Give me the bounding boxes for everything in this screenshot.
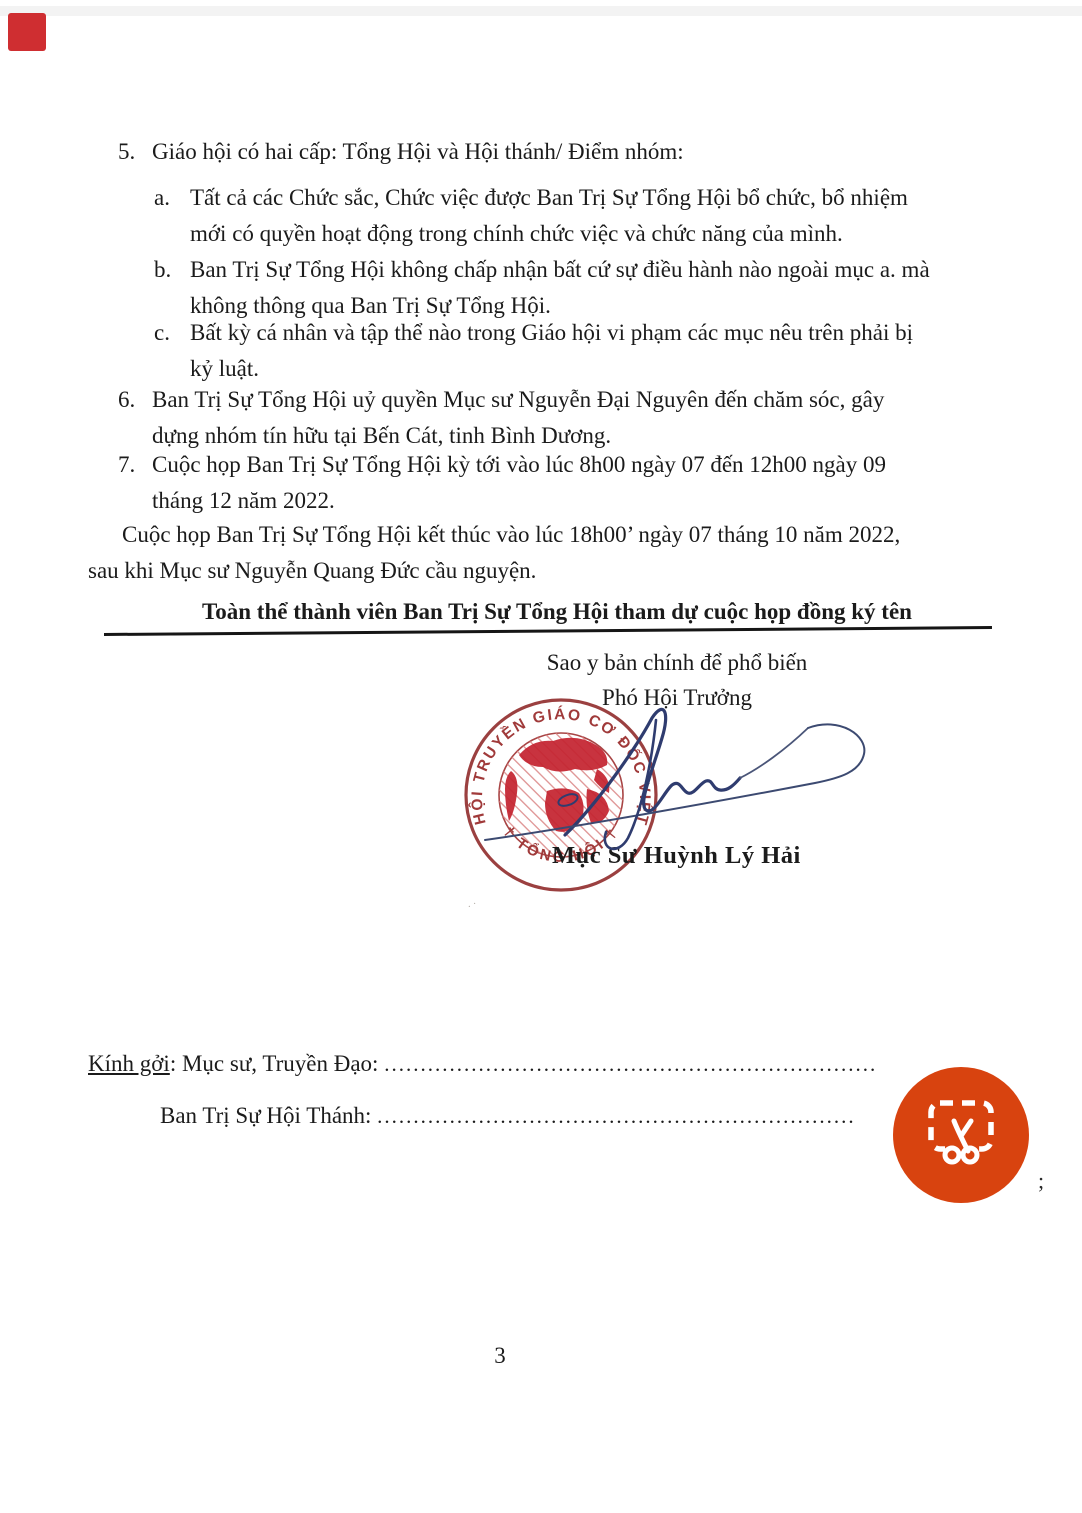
document-page: 5. Giáo hội có hai cấp: Tổng Hội và Hội … bbox=[0, 0, 1082, 1513]
list-number: 7. bbox=[118, 447, 152, 519]
closing-paragraph: Cuộc họp Ban Trị Sự Tổng Hội kết thúc và… bbox=[88, 517, 1003, 589]
list-number: 6. bbox=[118, 382, 152, 454]
list-subitem-a: a. Tất cả các Chức sắc, Chức việc được B… bbox=[154, 180, 1014, 252]
text-line: Ban Trị Sự Tổng Hội không chấp nhận bất … bbox=[190, 252, 930, 288]
list-letter: a. bbox=[154, 180, 190, 252]
signature-flourish bbox=[565, 709, 740, 835]
text-line: Cuộc họp Ban Trị Sự Tổng Hội kết thúc và… bbox=[88, 517, 1003, 553]
salutation: Kính gởi bbox=[88, 1051, 170, 1076]
list-item-7: 7. Cuộc họp Ban Trị Sự Tổng Hội kỳ tới v… bbox=[118, 447, 1018, 519]
text-line: mới có quyền hoạt động trong chính chức … bbox=[190, 216, 908, 252]
text-line: sau khi Mục sư Nguyễn Quang Đức cầu nguy… bbox=[88, 553, 1003, 589]
signature-loop bbox=[557, 792, 579, 808]
list-letter: c. bbox=[154, 315, 190, 387]
signature-ink bbox=[440, 688, 900, 888]
recipient-line-1: Kính gởi: Mục sư, Truyền Đạo: ..........… bbox=[88, 1046, 1018, 1082]
list-text: Cuộc họp Ban Trị Sự Tổng Hội kỳ tới vào … bbox=[152, 447, 886, 519]
scan-smudge: .· bbox=[468, 898, 478, 910]
list-number: 5. bbox=[118, 134, 152, 170]
copy-note: Sao y bản chính để phổ biến bbox=[437, 645, 917, 680]
signature-upstroke bbox=[740, 728, 808, 778]
recipient-label-1: : Mục sư, Truyền Đạo: bbox=[170, 1051, 384, 1076]
text-line: Bất kỳ cá nhân và tập thể nào trong Giáo… bbox=[190, 315, 913, 351]
signing-statement: Toàn thể thành viên Ban Trị Sự Tổng Hội … bbox=[112, 594, 1002, 630]
list-text: Ban Trị Sự Tổng Hội uỷ quyền Mục sư Nguy… bbox=[152, 382, 884, 454]
text-line: Cuộc họp Ban Trị Sự Tổng Hội kỳ tới vào … bbox=[152, 447, 886, 483]
list-subitem-b: b. Ban Trị Sự Tổng Hội không chấp nhận b… bbox=[154, 252, 1026, 324]
list-text: Bất kỳ cá nhân và tập thể nào trong Giáo… bbox=[190, 315, 913, 387]
scissors-crop-icon bbox=[921, 1097, 1001, 1173]
recipient-dots-2: ........................................… bbox=[377, 1104, 856, 1128]
recipient-dots-1: ........................................… bbox=[384, 1052, 877, 1076]
ink-stray-mark: ; bbox=[1038, 1168, 1044, 1194]
red-corner-marker bbox=[8, 13, 46, 51]
list-item-6: 6. Ban Trị Sự Tổng Hội uỷ quyền Mục sư N… bbox=[118, 382, 1018, 454]
recipient-line-2: Ban Trị Sự Hội Thánh: ..................… bbox=[160, 1098, 1020, 1134]
text-line: Ban Trị Sự Tổng Hội uỷ quyền Mục sư Nguy… bbox=[152, 382, 884, 418]
text-line: Giáo hội có hai cấp: Tổng Hội và Hội thá… bbox=[152, 134, 684, 170]
screenshot-crop-button[interactable] bbox=[893, 1067, 1029, 1203]
recipient-label-2: Ban Trị Sự Hội Thánh: bbox=[160, 1103, 377, 1128]
list-text: Ban Trị Sự Tổng Hội không chấp nhận bất … bbox=[190, 252, 930, 324]
list-item-5: 5. Giáo hội có hai cấp: Tổng Hội và Hội … bbox=[118, 134, 1018, 170]
list-subitem-c: c. Bất kỳ cá nhân và tập thể nào trong G… bbox=[154, 315, 1014, 387]
list-letter: b. bbox=[154, 252, 190, 324]
top-divider-bar bbox=[0, 6, 1082, 16]
list-text: Giáo hội có hai cấp: Tổng Hội và Hội thá… bbox=[152, 134, 684, 170]
list-text: Tất cả các Chức sắc, Chức việc được Ban … bbox=[190, 180, 908, 252]
text-line: tháng 12 năm 2022. bbox=[152, 483, 886, 519]
text-line: Tất cả các Chức sắc, Chức việc được Ban … bbox=[190, 180, 908, 216]
page-number: 3 bbox=[430, 1338, 570, 1374]
